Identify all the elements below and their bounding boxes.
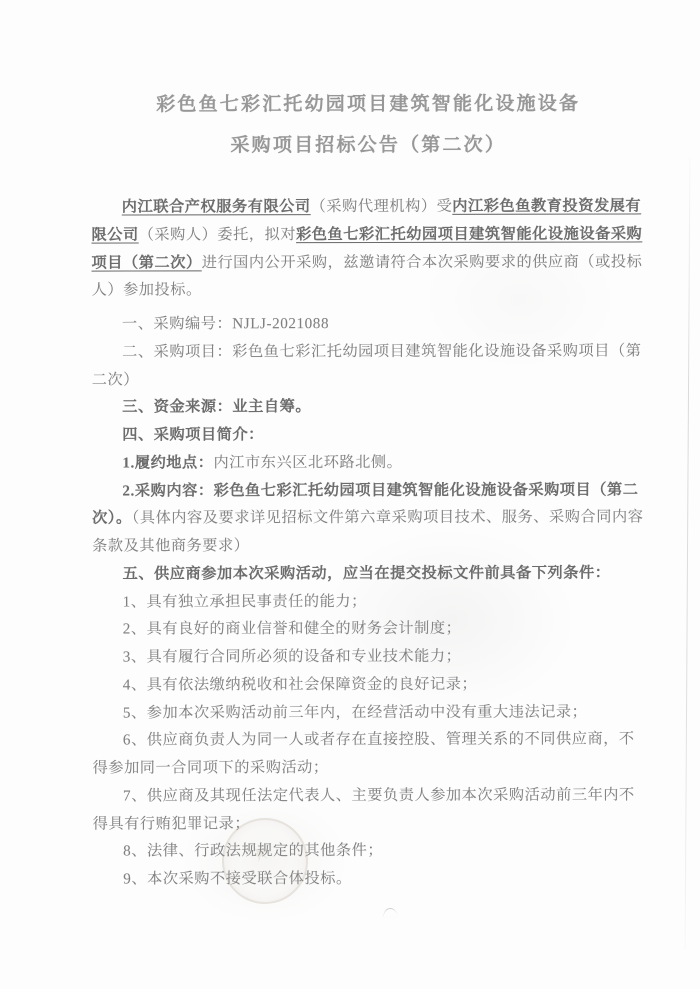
- text-segment: 7、供应商及其现任法定代表人、主要负责人参加本次采购活动前三年内不得具有行贿犯罪…: [93, 786, 635, 832]
- scan-edge-line-artifact: [685, 158, 691, 950]
- text-segment: 二、采购项目：彩色鱼七彩汇托幼园项目建筑智能化设施设备采购项目（第二次）: [92, 342, 642, 388]
- text-segment: （采购代理机构）受: [311, 198, 453, 215]
- item-procurement-project: 二、采购项目：彩色鱼七彩汇托幼园项目建筑智能化设施设备采购项目（第二次）: [92, 337, 646, 394]
- item-project-intro-heading: 四、采购项目简介：: [92, 420, 646, 449]
- text-segment: 一、采购编号：NJLJ-2021088: [122, 315, 329, 332]
- document-title-line2: 采购项目招标公告（第二次）: [91, 124, 645, 166]
- document-title-line1: 彩色鱼七彩汇托幼园项目建筑智能化设施设备: [91, 83, 645, 125]
- item-funding-source: 三、资金来源：业主自筹。: [92, 393, 646, 422]
- text-segment: 2、具有良好的商业信誉和健全的财务会计制度；: [123, 620, 462, 638]
- document-title: 彩色鱼七彩汇托幼园项目建筑智能化设施设备 采购项目招标公告（第二次）: [91, 83, 645, 166]
- text-segment: （采购人）委托，拟对: [139, 226, 296, 243]
- text-segment: 5、参加本次采购活动前三年内，在经营活动中没有重大违法记录；: [123, 703, 588, 721]
- condition-7: 7、供应商及其现任法定代表人、主要负责人参加本次采购活动前三年内不得具有行贿犯罪…: [93, 781, 647, 838]
- item-procurement-content: 2.采购内容：彩色鱼七彩汇托幼园项目建筑智能化设施设备采购项目（第二次）。（具体…: [92, 476, 646, 560]
- condition-4: 4、具有依法缴纳税收和社会保障资金的良好记录；: [92, 670, 646, 699]
- condition-6: 6、供应商负责人为同一人或者存在直接控股、管理关系的不同供应商，不得参加同一合同…: [92, 726, 646, 783]
- intro-paragraph: 内江联合产权服务有限公司（采购代理机构）受内江彩色鱼教育投资发展有限公司（采购人…: [91, 192, 645, 304]
- stamp-star-icon: ✶: [247, 838, 273, 871]
- text-segment: 6、供应商负责人为同一人或者存在直接控股、管理关系的不同供应商，不得参加同一合同…: [93, 731, 635, 777]
- condition-9: 9、本次采购不接受联合体投标。: [93, 864, 647, 893]
- item-supplier-conditions-heading: 五、供应商参加本次采购活动，应当在提交投标文件前具备下列条件：: [92, 559, 646, 588]
- item-performance-location: 1.履约地点：内江市东兴区北环路北侧。: [92, 448, 646, 477]
- text-segment: 4、具有依法缴纳税收和社会保障资金的良好记录；: [123, 676, 477, 694]
- condition-8: 8、法律、行政法规规定的其他条件；: [93, 837, 647, 866]
- text-segment: 五、供应商参加本次采购活动，应当在提交投标文件前具备下列条件：: [123, 564, 611, 582]
- scanned-document-page: 彩色鱼七彩汇托幼园项目建筑智能化设施设备 采购项目招标公告（第二次） 内江联合产…: [0, 0, 700, 989]
- item-procurement-number: 一、采购编号：NJLJ-2021088: [92, 309, 646, 338]
- document-paragraphs: 内江联合产权服务有限公司（采购代理机构）受内江彩色鱼教育投资发展有限公司（采购人…: [91, 192, 646, 893]
- condition-1: 1、具有独立承担民事责任的能力；: [92, 587, 646, 616]
- text-segment: 1、具有独立承担民事责任的能力；: [123, 593, 367, 611]
- text-segment: 三、资金来源：业主自筹。: [122, 398, 311, 415]
- text-segment: 1.履约地点：: [122, 454, 213, 471]
- document-body: 彩色鱼七彩汇托幼园项目建筑智能化设施设备 采购项目招标公告（第二次） 内江联合产…: [91, 83, 647, 893]
- condition-2: 2、具有良好的商业信誉和健全的财务会计制度；: [92, 615, 646, 644]
- text-segment: 四、采购项目简介：: [122, 426, 264, 443]
- condition-3: 3、具有履行合同所必须的设备和专业技术能力；: [92, 642, 646, 671]
- scan-speck-artifact: [382, 907, 397, 918]
- text-segment: 内江市东兴区北环路北侧。: [214, 454, 403, 471]
- text-segment: （具体内容及要求详见招标文件第六章采购项目技术、服务、采购合同内容条款及其他商务…: [92, 509, 643, 555]
- text-segment: 内江联合产权服务有限公司: [122, 198, 311, 215]
- text-segment: 3、具有履行合同所必须的设备和专业技术能力；: [123, 648, 462, 666]
- condition-5: 5、参加本次采购活动前三年内，在经营活动中没有重大违法记录；: [92, 698, 646, 727]
